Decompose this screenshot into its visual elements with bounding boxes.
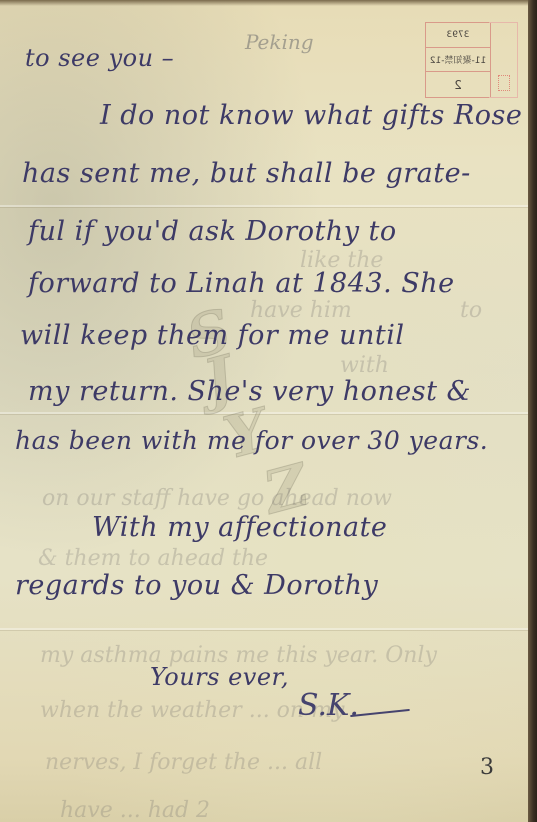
pencil-annotation: Peking [245,30,314,54]
closing-line: Yours ever, [150,665,289,689]
paper-right-edge [528,0,537,822]
bleed-through-text: & them to ahead the [38,548,268,570]
letter-line: will keep them for me until [20,322,405,349]
bleed-through-text: with [340,355,389,377]
fold-crease [0,205,528,207]
signature: S.K. [298,688,359,723]
letter-line: I do not know what gifts Rose [100,102,522,129]
fold-crease [0,412,528,414]
bleed-through-text: have ... had 2 [60,800,210,822]
fold-crease [0,628,528,630]
stamp-number: 3793 [426,23,490,48]
stamp-catalog-code: 11-聚知禁-12 [426,48,490,73]
letter-line: regards to you & Dorothy [15,572,378,599]
bleed-through-text: on our staff have go ahead now [42,488,392,510]
letter-line: ful if you'd ask Dorothy to [28,218,397,245]
letter-line: to see you – [25,46,174,70]
letter-line: has sent me, but shall be grate- [22,160,471,187]
page-marker: 3 [480,755,494,780]
bleed-through-text: to [460,300,482,322]
red-seal-mark [498,75,510,91]
letter-line: my return. She's very honest & [28,378,471,405]
letter-line: has been with me for over 30 years. [15,428,488,453]
signature-flourish [350,709,410,717]
stamp-page: 2 [426,72,490,97]
bleed-through-text: nerves, I forget the ... all [45,752,322,774]
letter-page: S J Y Z like the have him to with on our… [0,0,528,822]
archive-stamp: 3793 11-聚知禁-12 2 [425,22,491,98]
letter-line: forward to Linah at 1843. She [28,270,455,297]
letter-line: With my affectionate [92,514,387,541]
bleed-through-text: have him [250,300,352,322]
paper-top-edge [0,0,537,6]
